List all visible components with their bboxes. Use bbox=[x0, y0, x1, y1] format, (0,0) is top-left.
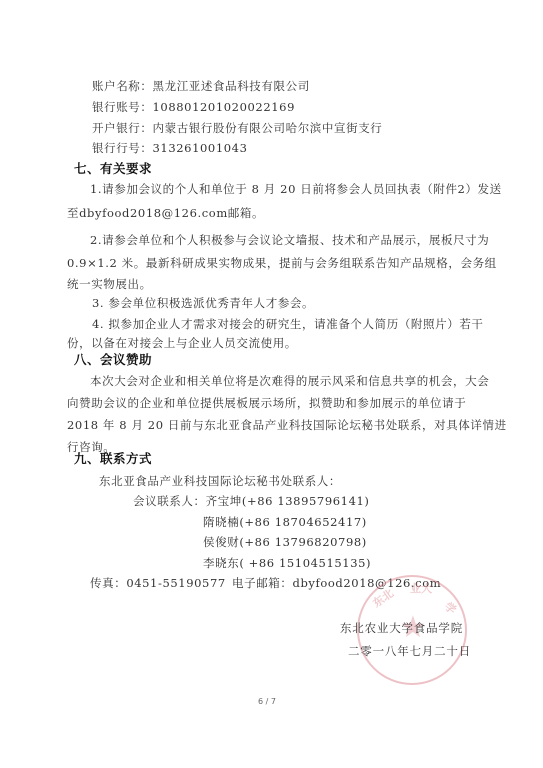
signature-institution: 东北农业大学食品学院 bbox=[340, 621, 463, 635]
contact-name: 隋晓楠 bbox=[203, 515, 239, 529]
section7-item4-line1: 4. 拟参加企业人才需求对接会的研究生，请准备个人简历（附照片）若干 bbox=[92, 317, 484, 331]
account-number-row: 银行账号：108801201020022169 bbox=[92, 100, 295, 114]
fax-label: 传真： bbox=[90, 576, 126, 590]
contact-row-1: 会议联系人：齐宝坤(+86 13895796141) bbox=[133, 494, 370, 508]
contact-name: 侯俊财 bbox=[203, 535, 239, 549]
bank-label: 开户银行： bbox=[92, 121, 153, 135]
email-label: 电子邮箱： bbox=[232, 576, 293, 590]
section7-item1-line1: 1.请参加会议的个人和单位于 8 月 20 日前将参会人员回执表（附件2）发送 bbox=[90, 182, 502, 196]
contact-name: 齐宝坤 bbox=[206, 494, 242, 508]
section7-item1-line2: 至dbyfood2018@126.com邮箱。 bbox=[67, 206, 264, 220]
section7-item3: 3. 参会单位积极选派优秀青年人才参会。 bbox=[92, 296, 314, 310]
section7-item2-line3: 统一实物展出。 bbox=[67, 277, 152, 291]
fax-row: 传真：0451-55190577 bbox=[90, 576, 226, 590]
bank-value: 内蒙古银行股份有限公司哈尔滨中宣街支行 bbox=[153, 121, 383, 135]
document-page: 账户名称：黑龙江亚述食品科技有限公司 银行账号：1088012010200221… bbox=[0, 0, 543, 768]
account-name-row: 账户名称：黑龙江亚述食品科技有限公司 bbox=[92, 79, 310, 93]
fax-value: 0451-55190577 bbox=[126, 576, 226, 590]
contact-row-4: 李晓东( +86 15104515135) bbox=[203, 556, 371, 570]
section8-line2: 向赞助会议的企业和单位提供展板展示场所，拟赞助和参加展示的单位请于 bbox=[67, 396, 466, 410]
section7-item2-line2: 0.9×1.2 米。最新科研成果实物成果，提前与会务组联系告知产品规格，会务组 bbox=[67, 256, 497, 270]
contact-row-2: 隋晓楠(+86 18704652417) bbox=[203, 515, 367, 529]
section7-item2-line1: 2.请参会单位和个人积极参与会议论文墙报、技术和产品展示，展板尺寸为 bbox=[90, 233, 489, 247]
seal-text: 业大 bbox=[410, 580, 432, 596]
contact-label: 会议联系人： bbox=[133, 494, 206, 508]
account-name-value: 黑龙江亚述食品科技有限公司 bbox=[153, 79, 310, 93]
account-number-label: 银行账号： bbox=[92, 100, 153, 114]
account-name-label: 账户名称： bbox=[92, 79, 153, 93]
contact-phone: ( +86 15104515135) bbox=[239, 556, 371, 570]
section8-title: 八、会议赞助 bbox=[74, 352, 152, 367]
bank-code-row: 银行行号：313261001043 bbox=[92, 141, 248, 155]
contact-name: 李晓东 bbox=[203, 556, 239, 570]
page-number: 6 / 7 bbox=[258, 697, 276, 706]
signature-date: 二零一八年七月二十日 bbox=[348, 644, 471, 658]
section7-item4-line2: 份，以备在对接会上与企业人员交流使用。 bbox=[67, 336, 297, 350]
section8-line1: 本次大会对企业和相关单位将是次难得的展示风采和信息共享的机会，大会 bbox=[90, 374, 489, 388]
contact-phone: (+86 13796820798) bbox=[239, 535, 367, 549]
bank-code-label: 银行行号： bbox=[92, 141, 153, 155]
section7-title: 七、有关要求 bbox=[74, 161, 152, 176]
section8-line3: 2018 年 8 月 20 日前与东北亚食品产业科技国际论坛秘书处联系，对具体详… bbox=[67, 418, 507, 432]
contact-phone: (+86 13895796141) bbox=[242, 494, 370, 508]
section9-title: 九、联系方式 bbox=[74, 451, 152, 466]
bank-row: 开户银行：内蒙古银行股份有限公司哈尔滨中宣街支行 bbox=[92, 121, 382, 135]
contact-row-3: 侯俊财(+86 13796820798) bbox=[203, 535, 367, 549]
account-number-value: 108801201020022169 bbox=[153, 100, 296, 114]
section9-intro: 东北亚食品产业科技国际论坛秘书处联系人： bbox=[99, 474, 341, 488]
bank-code-value: 313261001043 bbox=[153, 141, 248, 155]
contact-phone: (+86 18704652417) bbox=[239, 515, 367, 529]
